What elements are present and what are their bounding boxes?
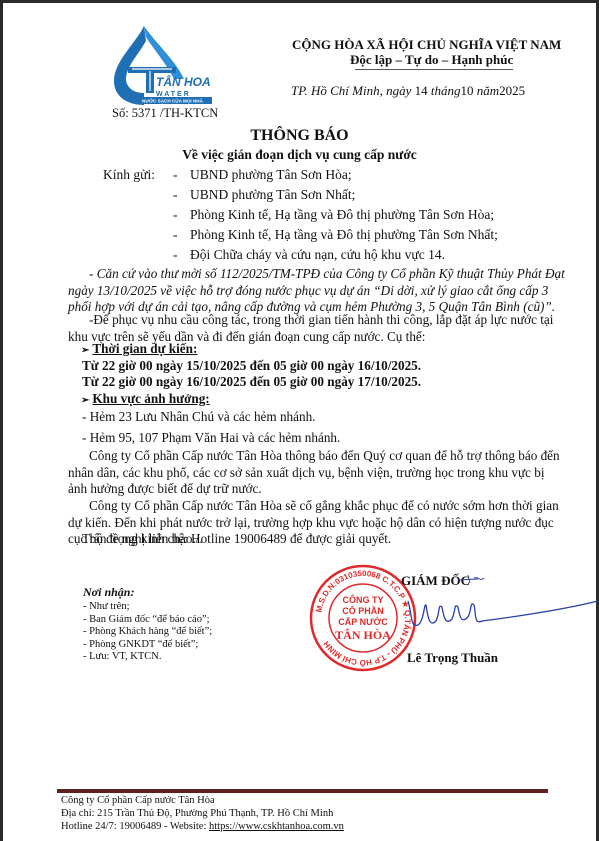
document-page: TÂN HOA WATER NƯỚC SẠCH CỦA MỌI NHÀ Số: … — [3, 3, 596, 841]
recipient-text: Phòng Kinh tế, Hạ tầng và Đô thị phường … — [190, 207, 494, 222]
distribution-item: - Ban Giám đốc “để báo cáo”; — [83, 614, 210, 625]
document-date: TP. Hồ Chí Minh, ngày 14 tháng10 năm2025 — [291, 83, 525, 99]
document-title: THÔNG BÁO — [3, 127, 596, 145]
basis-paragraph-line: - Căn cứ vào thư mời số 112/2025/TM-TPĐ … — [89, 266, 569, 283]
svg-text:TÂN HOA: TÂN HOA — [156, 74, 211, 89]
recipient-text: Đội Chữa cháy và cứu nạn, cứu hộ khu vực… — [190, 247, 445, 262]
svg-text:CẤP NƯỚC: CẤP NƯỚC — [338, 616, 388, 627]
time-section-heading: ➢Thời gian dự kiến: — [81, 341, 197, 357]
footer-contact: Hotline 24/7: 19006489 - Website: https:… — [61, 821, 344, 832]
notice-paragraph-line: Công ty Cổ phần Cấp nước Tân Hòa thông b… — [89, 448, 569, 465]
recipient-item: -UBND phường Tân Sơn Nhất; — [173, 187, 355, 203]
time-heading-text: Thời gian dự kiến: — [92, 341, 197, 356]
area-heading-text: Khu vực ảnh hưởng: — [92, 391, 209, 406]
motto-underline — [355, 69, 513, 70]
bullet-dash: - — [173, 207, 190, 223]
distribution-item: - Phòng Khách hàng “để biết”; — [83, 626, 212, 637]
distribution-label: Nơi nhận: — [83, 585, 134, 600]
recipients-label: Kính gửi: — [103, 167, 155, 183]
arrow-bullet-icon: ➢ — [81, 395, 89, 406]
recipient-text: UBND phường Tân Sơn Hòa; — [190, 167, 352, 182]
distribution-item: - Như trên; — [83, 601, 130, 612]
time-slot: Từ 22 giờ 00 ngày 15/10/2025 đến 05 giờ … — [82, 358, 421, 374]
recipient-text: Phòng Kinh tế, Hạ tầng và Đô thị phường … — [190, 227, 498, 242]
footer-address: Địa chỉ: 215 Trần Thủ Độ, Phường Phú Thạ… — [61, 808, 333, 819]
time-slot: Từ 22 giờ 00 ngày 16/10/2025 đến 05 giờ … — [82, 374, 421, 390]
recipient-item: -Đội Chữa cháy và cứu nạn, cứu hộ khu vự… — [173, 247, 445, 263]
bullet-dash: - — [173, 187, 190, 203]
national-motto: Độc lập – Tự do – Hạnh phúc — [350, 52, 513, 68]
tan-hoa-water-logo: TÂN HOA WATER NƯỚC SẠCH CỦA MỌI NHÀ — [106, 23, 216, 105]
distribution-item: - Phòng GNKDT “để biết”; — [83, 639, 198, 650]
svg-text:CỔ PHẦN: CỔ PHẦN — [342, 605, 384, 616]
bullet-dash: - — [173, 227, 190, 243]
handwritten-signature — [398, 573, 599, 638]
area-section-heading: ➢Khu vực ảnh hưởng: — [81, 391, 210, 407]
notice-paragraph-line: ảnh hưởng được biết để dự trữ nước. — [68, 481, 548, 498]
purpose-paragraph-line: -Để phục vụ nhu cầu công tác, trong thời… — [89, 312, 569, 329]
website-link[interactable]: https://www.cskhtanhoa.com.vn — [209, 821, 344, 832]
commitment-paragraph-line: dự kiến. Đến khi phát nước trở lại, trườ… — [68, 515, 548, 532]
footer-divider — [57, 789, 548, 793]
recipient-text: UBND phường Tân Sơn Nhất; — [190, 187, 355, 202]
svg-text:NƯỚC SẠCH CỦA MỌI NHÀ: NƯỚC SẠCH CỦA MỌI NHÀ — [142, 97, 204, 104]
commitment-paragraph-line: Công ty Cổ phần Cấp nước Tân Hòa sẽ cố g… — [89, 498, 569, 515]
affected-area: - Hẻm 23 Lưu Nhân Chú và các hẻm nhánh. — [82, 409, 315, 425]
footer-company: Công ty Cổ phần Cấp nước Tân Hòa — [61, 795, 215, 806]
svg-text:TÂN HÒA: TÂN HÒA — [335, 628, 391, 642]
nation-title: CỘNG HÒA XÃ HỘI CHỦ NGHĨA VIỆT NAM — [292, 37, 561, 53]
document-number: Số: 5371 /TH-KTCN — [112, 106, 218, 121]
basis-paragraph-line: ngày 13/10/2025 về việc hỗ trợ đóng nước… — [68, 283, 548, 300]
recipient-item: -Phòng Kinh tế, Hạ tầng và Đô thị phường… — [173, 227, 498, 243]
arrow-bullet-icon: ➢ — [81, 345, 89, 356]
svg-text:WATER: WATER — [156, 91, 191, 98]
affected-area: - Hẻm 95, 107 Phạm Văn Hai và các hẻm nh… — [82, 430, 340, 446]
document-subtitle: Về việc gián đoạn dịch vụ cung cấp nước — [3, 147, 596, 163]
bullet-dash: - — [173, 167, 190, 183]
distribution-item: - Lưu: VT, KTCN. — [83, 651, 162, 662]
signer-name: Lê Trọng Thuần — [407, 650, 498, 666]
recipient-item: -UBND phường Tân Sơn Hòa; — [173, 167, 352, 183]
notice-paragraph-line: nhân dân, các khu phố, các cơ sở sản xuấ… — [68, 465, 548, 482]
closing-line: Trân trọng kính chào./. — [82, 531, 562, 548]
recipient-item: -Phòng Kinh tế, Hạ tầng và Đô thị phường… — [173, 207, 494, 223]
bullet-dash: - — [173, 247, 190, 263]
svg-text:CÔNG TY: CÔNG TY — [342, 594, 383, 605]
